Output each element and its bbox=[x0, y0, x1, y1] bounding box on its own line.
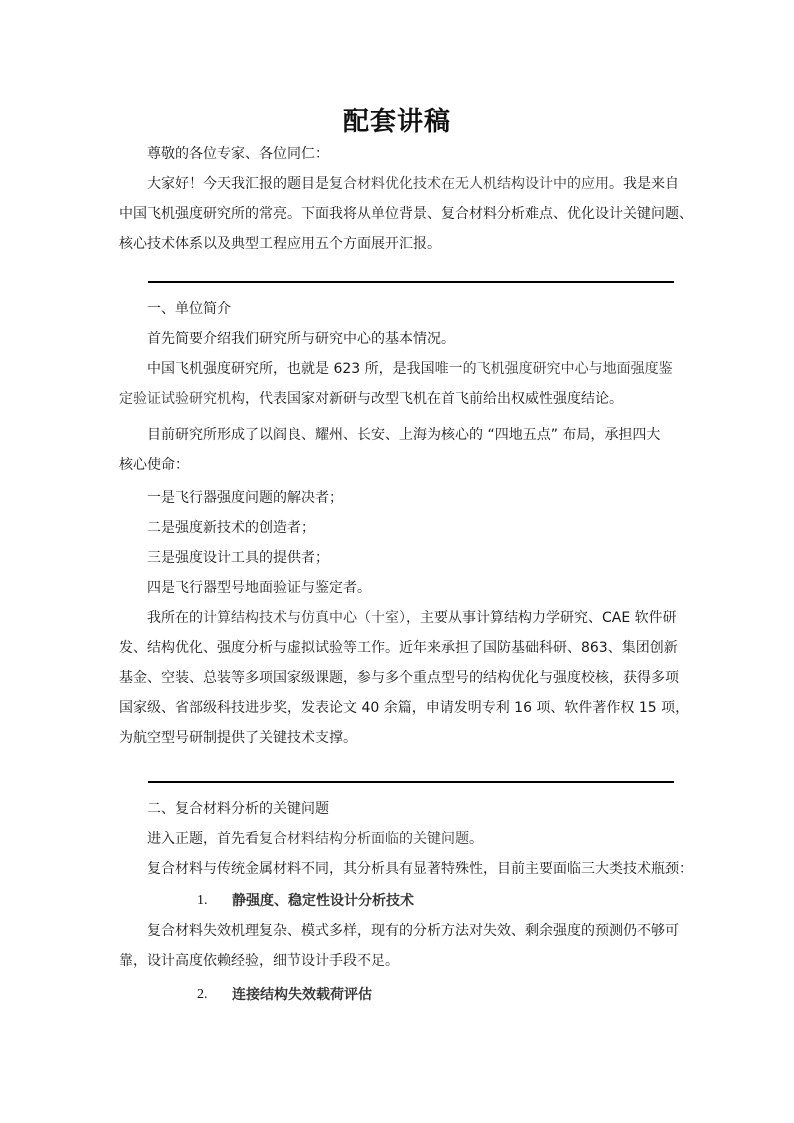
intro-text: 大家好！今天我汇报的题目是 bbox=[147, 176, 329, 192]
text-span: 中国飞机强度研究所，也就是 623 所，是我国 bbox=[147, 361, 435, 377]
text-span-highlight: 复合材料结构分析面临的关键问题 bbox=[259, 831, 469, 847]
section2-heading: 二、复合材料分析的关键问题 bbox=[147, 800, 707, 818]
section1-p4-line4: 国家级、省部级科技进步奖，发表论文 40 余篇，申请发明专利 16 项、软件著作… bbox=[119, 699, 679, 717]
intro-line-3: 核心技术体系以及典型工程应用五个方面展开汇报。 bbox=[119, 235, 679, 253]
document-title: 配套讲稿 bbox=[0, 101, 794, 138]
text-span: ，代表国家对新研与改型飞机在首飞前给出权威性强度结论。 bbox=[245, 391, 623, 407]
section2-p2: 复合材料与传统金属材料不同，其分析具有显著特殊性，目前主要面临三大类技术瓶颈： bbox=[147, 860, 707, 878]
greeting: 尊敬的各位专家、各位同仁： bbox=[147, 145, 707, 163]
list-number: 2. bbox=[197, 986, 208, 1004]
list-item-title: 连接结构失效载荷评估 bbox=[232, 986, 372, 1004]
center-name: 计算结构技术与仿真中心（十室） bbox=[203, 610, 406, 626]
section1-p2-line2: 定验证试验研究机构，代表国家对新研与改型飞机在首飞前给出权威性强度结论。 bbox=[119, 390, 679, 408]
section1-p4-line1: 我所在的计算结构技术与仿真中心（十室），主要从事计算结构力学研究、CAE 软件研 bbox=[147, 609, 707, 627]
section1-p3-line1: 目前研究所形成了以阎良、耀州、长安、上海为核心的 “四地五点” 布局，承担四大 bbox=[147, 426, 707, 444]
section1-p4-line3: 基金、空装、总装等多项国家级课题，参与多个重点型号的结构优化与强度校核，获得多项 bbox=[119, 669, 679, 687]
mission-item: 一是飞行器强度问题的解决者； bbox=[147, 489, 707, 507]
text-span: ，主要从事计算结构力学研究、CAE 软件研 bbox=[406, 610, 677, 626]
document-page: 配套讲稿 尊敬的各位专家、各位同仁： 大家好！今天我汇报的题目是复合材料优化技术… bbox=[0, 0, 794, 1123]
mission-item: 二是强度新技术的创造者； bbox=[147, 519, 707, 537]
list-item-desc-line1: 复合材料失效机理复杂、模式多样，现有的分析方法对失效、剩余强度的预测仍不够可 bbox=[147, 922, 707, 940]
text-span: 进入正题，首先看 bbox=[147, 831, 259, 847]
text-span: 我所在的 bbox=[147, 610, 203, 626]
section-divider bbox=[148, 281, 674, 283]
section1-heading: 一、单位简介 bbox=[147, 300, 707, 318]
section1-p4-line5: 为航空型号研制提供了关键技术支撑。 bbox=[119, 729, 679, 747]
mission-item: 三是强度设计工具的提供者； bbox=[147, 549, 707, 567]
section2-p1: 进入正题，首先看复合材料结构分析面临的关键问题。 bbox=[147, 830, 707, 848]
list-item-desc-line2: 靠，设计高度依赖经验，细节设计手段不足。 bbox=[119, 952, 679, 970]
report-topic: 复合材料优化技术在无人机结构设计中的应用 bbox=[329, 176, 609, 192]
text-span: 。 bbox=[469, 831, 483, 847]
section1-p1: 首先简要介绍我们研究所与研究中心的基本情况。 bbox=[147, 330, 707, 348]
list-item-title: 静强度、稳定性设计分析技术 bbox=[232, 892, 414, 910]
section1-p4-line2: 发、结构优化、强度分析与虚拟试验等工作。近年来承担了国防基础科研、863、集团创… bbox=[119, 639, 679, 657]
intro-line-1: 大家好！今天我汇报的题目是复合材料优化技术在无人机结构设计中的应用。我是来自 bbox=[147, 175, 707, 193]
list-number: 1. bbox=[197, 892, 208, 910]
text-span-highlight: 唯一的飞机强度研究中心与地面强度鉴 bbox=[435, 361, 673, 377]
section-divider bbox=[148, 781, 674, 783]
mission-item: 四是飞行器型号地面验证与鉴定者。 bbox=[147, 579, 707, 597]
text-span-highlight: 定验证试验研究机构 bbox=[119, 391, 245, 407]
section1-p2-line1: 中国飞机强度研究所，也就是 623 所，是我国唯一的飞机强度研究中心与地面强度鉴 bbox=[147, 360, 707, 378]
section1-p3-line2: 核心使命： bbox=[119, 456, 679, 474]
intro-text-end: 。我是来自 bbox=[609, 176, 679, 192]
intro-line-2: 中国飞机强度研究所的常亮。下面我将从单位背景、复合材料分析难点、优化设计关键问题… bbox=[119, 205, 679, 223]
